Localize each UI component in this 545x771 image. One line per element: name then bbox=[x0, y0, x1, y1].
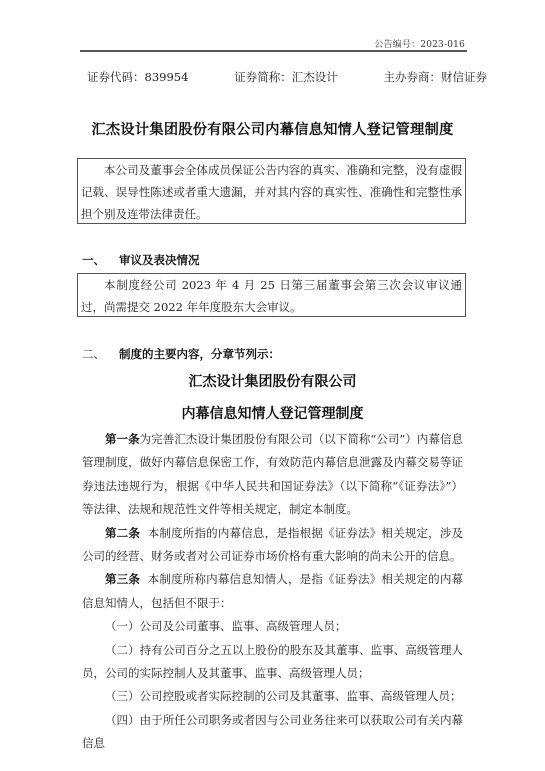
announcement-number: 公告编号：2023-016 bbox=[374, 37, 465, 50]
security-code: 证券代码：839954 bbox=[87, 69, 188, 85]
disclaimer-text: 本公司及董事会全体成员保证公告内容的真实、准确和完整，没有虚假记载、误导性陈述或… bbox=[81, 159, 462, 225]
review-result-text: 本制度经公司 2023 年 4 月 25 日第三届董事会第三次会议审议通过，尚需… bbox=[81, 274, 462, 318]
list-item: （一）公司及公司董事、监事、高级管理人员； bbox=[82, 615, 463, 638]
article-3-label: 第三条 bbox=[105, 572, 140, 586]
regulation-company-name: 汇杰设计集团股份有限公司 bbox=[0, 371, 545, 391]
section-1-number: 一、 bbox=[82, 252, 119, 268]
regulation-body: 第一条为完善汇杰设计集团股份有限公司（以下简称“公司”）内幕信息管理制度，做好内… bbox=[82, 428, 463, 756]
article-2-label: 第二条 bbox=[105, 526, 140, 540]
article-3-text: 本制度所称内幕信息知情人，是指《证券法》相关规定的内幕信息知情人，包括但不限于： bbox=[82, 572, 463, 609]
security-short-name: 证券简称：汇杰设计 bbox=[234, 69, 338, 85]
section-1-heading: 一、审议及表决情况 bbox=[82, 252, 200, 268]
article-3: 第三条 本制度所称内幕信息知情人，是指《证券法》相关规定的内幕信息知情人，包括但… bbox=[82, 568, 463, 615]
list-item: （三）公司控股或者实际控制的公司及其董事、监事、高级管理人员； bbox=[82, 685, 463, 708]
section-1-title: 审议及表决情况 bbox=[119, 253, 200, 267]
article-1-label: 第一条 bbox=[105, 432, 140, 446]
section-2-heading: 二、制度的主要内容，分章节列示： bbox=[82, 346, 280, 362]
disclaimer-box: 本公司及董事会全体成员保证公告内容的真实、准确和完整，没有虚假记载、误导性陈述或… bbox=[77, 158, 466, 224]
list-item: （四）由于所任公司职务或者因与公司业务往来可以获取公司有关内幕信息 bbox=[82, 709, 463, 756]
section-2-title: 制度的主要内容，分章节列示： bbox=[119, 347, 280, 361]
article-2: 第二条 本制度所指的内幕信息，是指根据《证券法》相关规定，涉及公司的经营、财务或… bbox=[82, 522, 463, 569]
header-rule bbox=[80, 50, 467, 52]
article-1: 第一条为完善汇杰设计集团股份有限公司（以下简称“公司”）内幕信息管理制度，做好内… bbox=[82, 428, 463, 522]
regulation-title: 内幕信息知情人登记管理制度 bbox=[0, 403, 545, 423]
sponsor-broker: 主办券商：财信证券 bbox=[384, 69, 488, 85]
securities-info: 证券代码：839954 证券简称：汇杰设计 主办券商：财信证券 bbox=[87, 69, 487, 85]
list-item: （二）持有公司百分之五以上股份的股东及其董事、监事、高级管理人员，公司的实际控制… bbox=[82, 639, 463, 686]
review-result-box: 本制度经公司 2023 年 4 月 25 日第三届董事会第三次会议审议通过，尚需… bbox=[77, 273, 466, 317]
section-2-number: 二、 bbox=[82, 346, 119, 362]
document-title: 汇杰设计集团股份有限公司内幕信息知情人登记管理制度 bbox=[0, 119, 545, 139]
article-1-text: 为完善汇杰设计集团股份有限公司（以下简称“公司”）内幕信息管理制度，做好内幕信息… bbox=[82, 432, 463, 516]
document-page: 公告编号：2023-016 证券代码：839954 证券简称：汇杰设计 主办券商… bbox=[0, 0, 545, 771]
article-2-text: 本制度所指的内幕信息，是指根据《证券法》相关规定，涉及公司的经营、财务或者对公司… bbox=[82, 526, 463, 563]
